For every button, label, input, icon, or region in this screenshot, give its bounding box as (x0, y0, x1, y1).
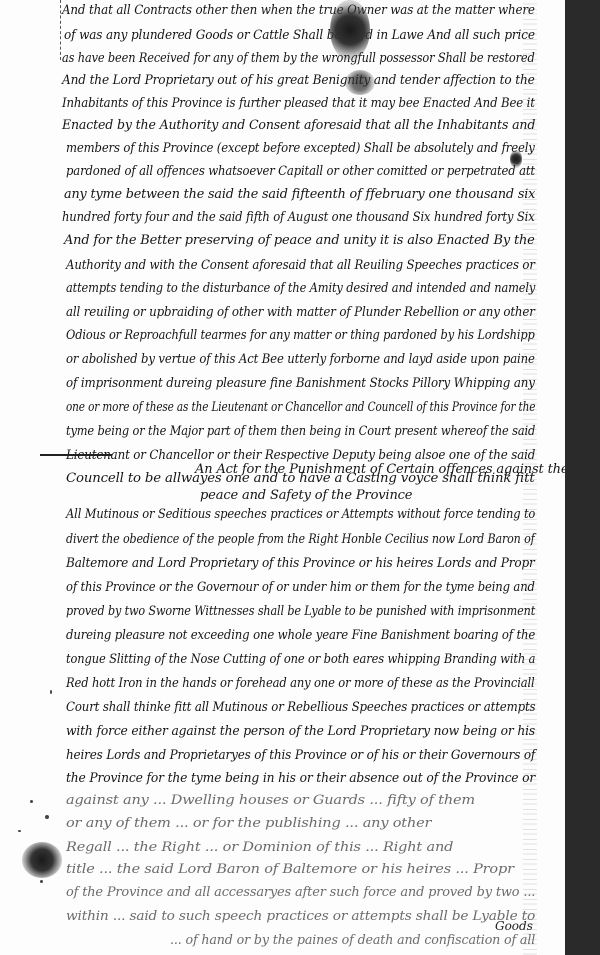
manuscript-line: Lieutenant or Chancellor or their Respec… (66, 447, 535, 462)
manuscript-line: of imprisonment dureing pleasure fine Ba… (66, 375, 535, 390)
manuscript-line: heires Lords and Proprietaryes of this P… (66, 747, 535, 762)
ink-blot (345, 70, 375, 95)
ink-blot (22, 842, 62, 878)
manuscript-line: Regall ... the Right ... or Dominion of … (66, 839, 453, 854)
manuscript-line: with force either against the person of … (66, 723, 535, 738)
manuscript-line: title ... the said Lord Baron of Baltemo… (66, 861, 514, 876)
ink-blot (510, 150, 522, 168)
manuscript-line: or any of them ... or for the publishing… (66, 815, 431, 830)
manuscript-line: tongue Slitting of the Nose Cutting of o… (66, 651, 535, 666)
manuscript-line: Odious or Reproachfull tearmes for any m… (66, 327, 535, 342)
manuscript-line: members of this Province (except before … (66, 140, 535, 155)
manuscript-line: Baltemore and Lord Proprietary of this P… (66, 555, 535, 570)
manuscript-line: tyme being or the Major part of them the… (66, 423, 535, 438)
manuscript-line: of the Province and all accessaryes afte… (66, 884, 535, 899)
manuscript-line: or abolished by vertue of this Act Bee u… (66, 351, 535, 366)
manuscript-line: divert the obedience of the people from … (66, 531, 535, 546)
manuscript-line: of this Province or the Governour of or … (66, 579, 535, 594)
manuscript-line: dureing pleasure not exceeding one whole… (66, 627, 535, 642)
manuscript-line: Court shall thinke fitt all Mutinous or … (66, 699, 535, 714)
manuscript-line: Inhabitants of this Province is further … (62, 95, 535, 110)
ink-blot (330, 0, 370, 60)
manuscript-line: pardoned of all offences whatsoever Capi… (66, 163, 535, 178)
manuscript-line: against any ... Dwelling houses or Guard… (66, 792, 475, 807)
manuscript-line: as have been Received for any of them by… (62, 50, 535, 65)
manuscript-line: attempts tending to the disturbance of t… (66, 280, 535, 295)
manuscript-line: Authority and with the Consent aforesaid… (66, 257, 535, 272)
manuscript-line: And for the Better preserving of peace a… (64, 232, 535, 247)
manuscript-line: all reuiling or upbraiding of other with… (66, 304, 535, 319)
speckle (45, 815, 49, 819)
manuscript-line: any tyme between the said the said fifte… (64, 186, 535, 201)
scanner-dark-edge (568, 0, 600, 955)
manuscript-line: And that all Contracts other then when t… (62, 2, 535, 17)
manuscript-line: And the Lord Proprietary out of his grea… (62, 72, 535, 87)
manuscript-line: the Province for the tyme being in his o… (66, 770, 535, 785)
act-title-line-2: peace and Safety of the Province (200, 488, 412, 503)
manuscript-line: Red hott Iron in the hands or forehead a… (66, 675, 535, 690)
manuscript-line: within ... said to such speech practices… (66, 908, 535, 923)
catchword: Goods (495, 919, 533, 933)
section-divider (40, 454, 112, 456)
manuscript-line: All Mutinous or Seditious speeches pract… (66, 506, 535, 521)
manuscript-line: ... of hand or by the paines of death an… (170, 932, 535, 947)
manuscript-page: And that all Contracts other then when t… (0, 0, 565, 955)
speckle (30, 800, 33, 803)
act-title-line-1: An Act for the Punishment of Certain off… (195, 462, 565, 477)
manuscript-line: of was any plundered Goods or Cattle Sha… (64, 27, 535, 42)
manuscript-line: one or more of these as the Lieutenant o… (66, 399, 535, 414)
manuscript-line: Enacted by the Authority and Consent afo… (62, 117, 535, 132)
manuscript-line: hundred forty four and the said fifth of… (62, 209, 535, 224)
speckle (18, 830, 21, 832)
speckle (40, 880, 43, 883)
margin-rule (60, 0, 61, 60)
speckle (50, 690, 52, 694)
manuscript-line: proved by two Sworne Wittnesses shall be… (66, 603, 535, 618)
